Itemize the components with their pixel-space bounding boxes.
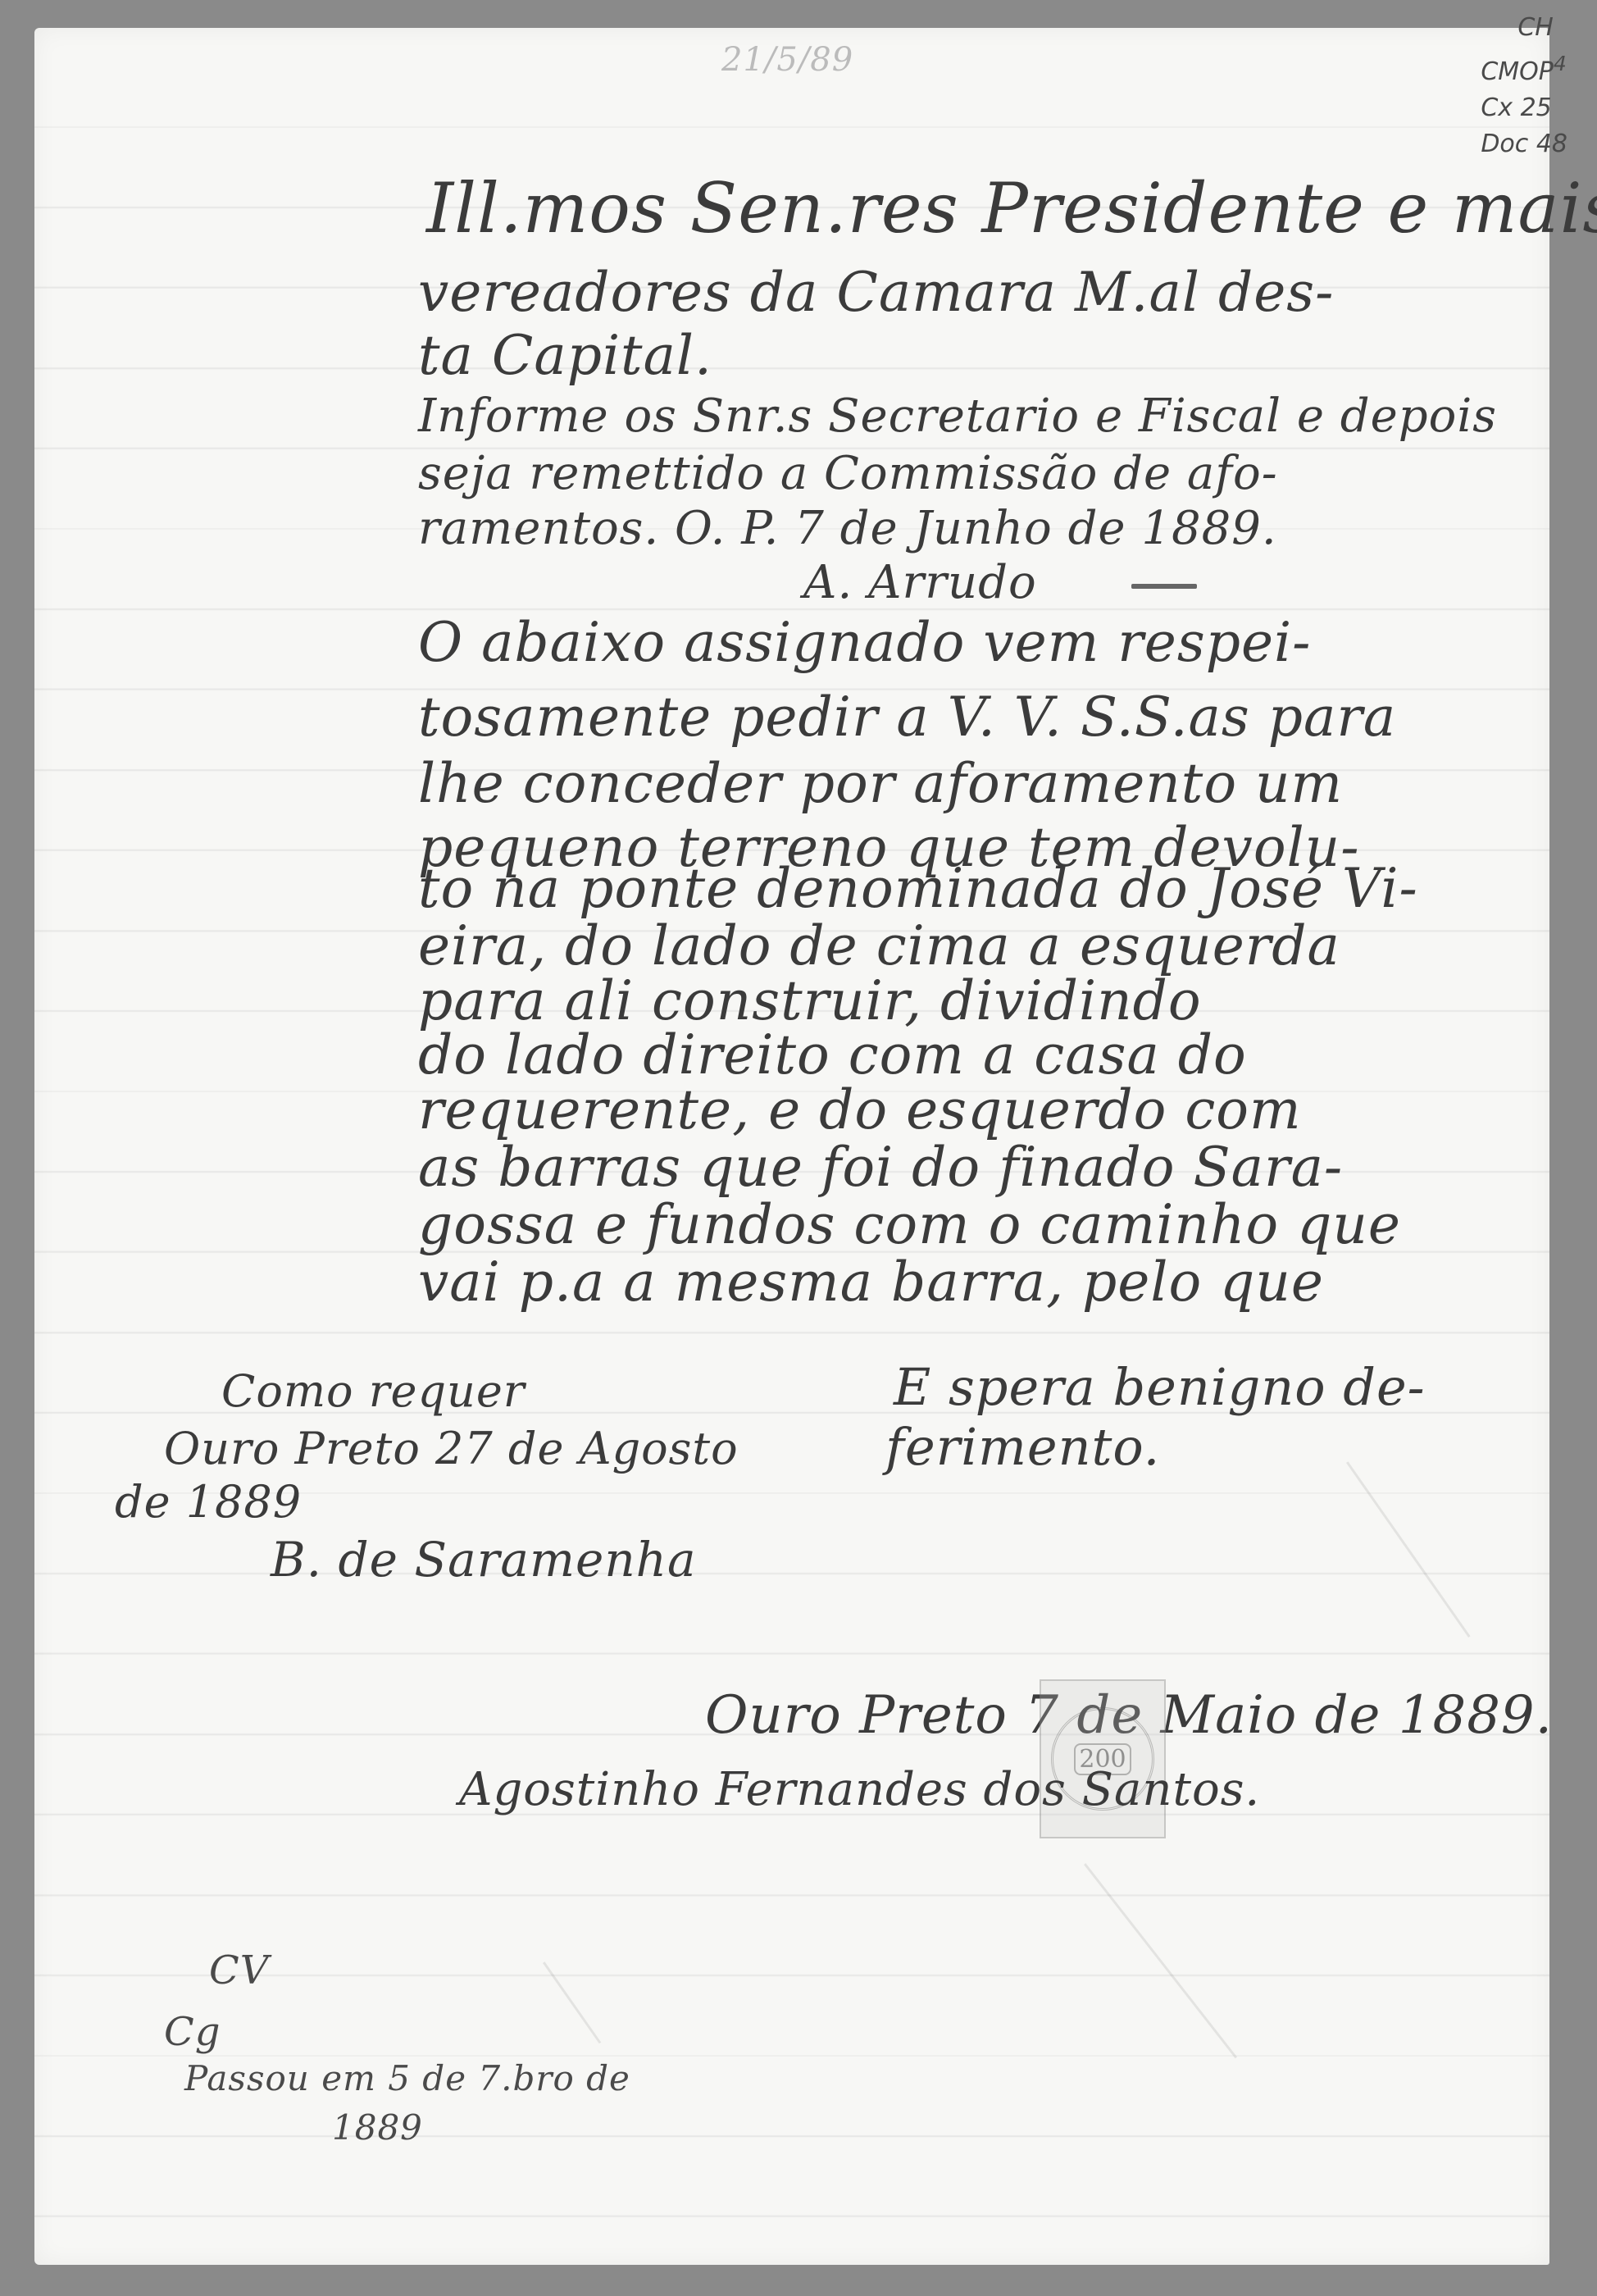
approval-note-line-2: Ouro Preto 27 de Agosto [164,1423,739,1474]
body-line-11: gossa e fundos com o caminho que [418,1193,1401,1256]
dispatch-line-3: ramentos. O. P. 7 de Junho de 1889. [418,502,1277,555]
approval-note-line-1: Como requer [221,1365,526,1417]
dispatch-signature: A. Arrudo [803,556,1037,609]
margin-mark-cv: CV [209,1947,269,1993]
fold-crease [1346,1461,1471,1638]
registration-note-line-1: Passou em 5 de 7.bro de [184,2058,630,2098]
body-line-1: O abaixo assignado vem respei- [418,611,1311,674]
archive-reference-label: CH CMOP4 Cx 25 Doc 48 [1481,10,1567,162]
heading-line-2: vereadores da Camara M.al des- [418,261,1334,324]
archive-collection: CH [1517,10,1567,46]
body-line-6: eira, do lado de cima a esquerda [418,914,1340,977]
fold-crease [1084,1863,1237,2058]
body-line-5: to na ponte denominada do José Vi- [418,857,1418,920]
closing-line-1: E spera benigno de- [894,1357,1426,1417]
dispatch-line-2: seja remettido a Commissão de afo- [418,447,1278,500]
signature-flourish [1131,584,1197,589]
approval-signature: B. de Saramenha [271,1532,697,1588]
heading-line-3: ta Capital. [418,324,712,387]
archive-fund: CMOP4 [1481,46,1567,90]
margin-mark-cg: Cg [164,2009,221,2055]
archive-box: Cx 25 [1481,90,1567,126]
heading-line-1: Ill.mos Sen.res Presidente e mais [426,168,1597,248]
body-line-10: as barras que foi do finado Sara- [418,1136,1343,1199]
body-line-8: do lado direito com a casa do [418,1023,1247,1086]
registration-note-line-2: 1889 [332,2107,423,2148]
closing-line-2: ferimento. [885,1417,1160,1477]
body-line-3: lhe conceder por aforamento um [418,752,1343,815]
approval-note-line-3: de 1889 [115,1476,302,1528]
body-line-12: vai p.a a mesma barra, pelo que [418,1250,1324,1314]
faint-pencil-mark: 21/5/89 [721,41,853,79]
fold-crease [543,1961,601,2043]
petitioner-signature: Agostinho Fernandes dos Santos. [459,1763,1260,1816]
archive-doc-number: Doc 48 [1481,126,1567,162]
body-line-9: requerente, e do esquerdo com [418,1078,1302,1141]
dispatch-line-1: Informe os Snr.s Secretario e Fiscal e d… [418,389,1497,443]
body-line-2: tosamente pedir a V. V. S.S.as para [418,686,1396,749]
